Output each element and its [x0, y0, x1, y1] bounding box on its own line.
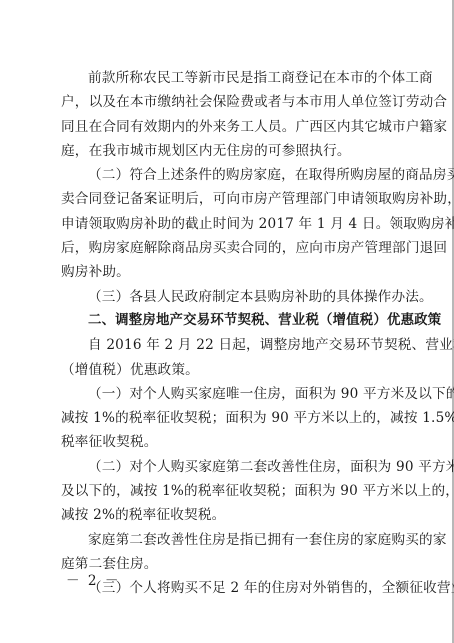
paragraph-line: 申请领取购房补助的截止时间为 2017 年 1 月 4 日。领取购房补助: [61, 212, 397, 236]
paragraph-line: 卖合同登记备案证明后，可向市房产管理部门申请领取购房补助，: [61, 187, 397, 211]
paragraph-line: 减按 1%的税率征收契税；面积为 90 平方米以上的，减按 1.5%的: [61, 406, 397, 430]
paragraph-line: 税率征收契税。: [61, 430, 397, 454]
paragraph-line: 后，购房家庭解除商品房买卖合同的，应向市房产管理部门退回: [61, 236, 397, 260]
paragraph-line: 减按 2%的税率征收契税。: [61, 503, 397, 527]
paragraph-line: 及以下的，减按 1%的税率征收契税；面积为 90 平方米以上的，: [61, 479, 397, 503]
paragraph-line: （二）对个人购买家庭第二套改善性住房，面积为 90 平方米: [61, 455, 397, 479]
paragraph-line: 庭，在我市城市规划区内无住房的可参照执行。: [61, 139, 397, 163]
document-body: 前款所称农民工等新市民是指工商登记在本市的个体工商 户，以及在本市缴纳社会保险费…: [61, 66, 397, 601]
paragraph-line: 同且在合同有效期内的外来务工人员。广西区内其它城市户籍家: [61, 115, 397, 139]
paragraph-line: 家庭第二套改善性住房是指已拥有一套住房的家庭购买的家: [61, 528, 397, 552]
paragraph-line: 户，以及在本市缴纳社会保险费或者与本市用人单位签订劳动合: [61, 90, 397, 114]
paragraph-line: （增值税）优惠政策。: [61, 358, 397, 382]
paragraph-line: （二）符合上述条件的购房家庭，在取得所购房屋的商品房买: [61, 163, 397, 187]
section-heading: 二、调整房地产交易环节契税、营业税（增值税）优惠政策: [61, 309, 397, 333]
document-page: 前款所称农民工等新市民是指工商登记在本市的个体工商 户，以及在本市缴纳社会保险费…: [0, 0, 454, 643]
paragraph-line: 购房补助。: [61, 260, 397, 284]
paragraph-line: 自 2016 年 2 月 22 日起，调整房地产交易环节契税、营业税: [61, 333, 397, 357]
page-number: － 2 －: [66, 569, 120, 589]
paragraph-line: 前款所称农民工等新市民是指工商登记在本市的个体工商: [61, 66, 397, 90]
paragraph-line: （一）对个人购买家庭唯一住房，面积为 90 平方米及以下的，: [61, 382, 397, 406]
paragraph-line: （三）各县人民政府制定本县购房补助的具体操作办法。: [61, 285, 397, 309]
